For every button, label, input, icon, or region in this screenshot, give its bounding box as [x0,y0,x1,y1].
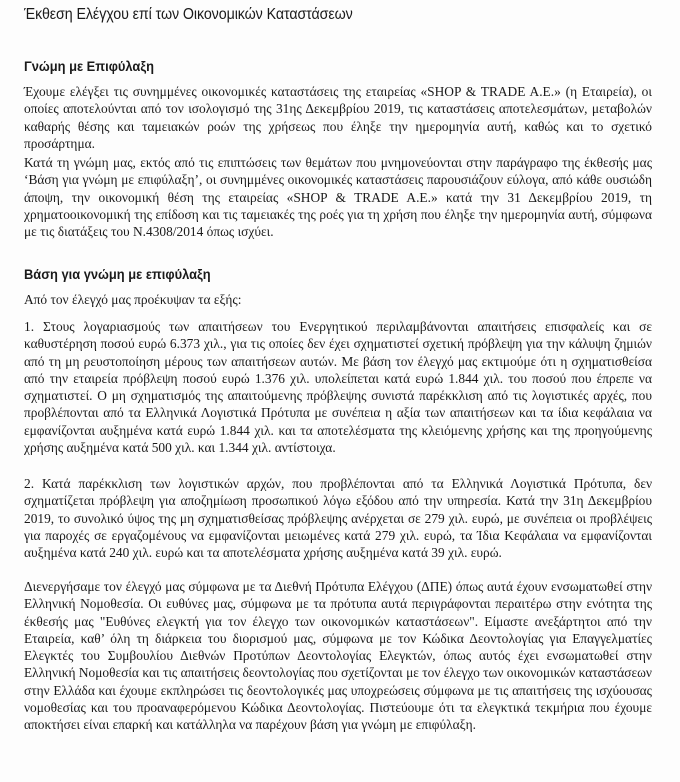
paragraph-finding-2: 2. Κατά παρέκκλιση των λογιστικών αρχών,… [24,475,652,561]
paragraph-finding-1: 1. Στους λογαριασμούς των απαιτήσεων του… [24,318,652,456]
paragraph-opinion-scope: Έχουμε ελέγξει τις συνημμένες οικονομικέ… [24,83,652,152]
document-page: Έκθεση Ελέγχου επί των Οικονομικών Κατασ… [0,0,680,782]
section-heading-basis-for-qualified-opinion: Βάση για γνώμη με επιφύλαξη [24,266,211,282]
paragraph-audit-standards: Διενεργήσαμε τον έλεγχό μας σύμφωνα με τ… [24,578,652,734]
paragraph-basis-intro: Από τον έλεγχό μας προέκυψαν τα εξής: [24,291,652,308]
section-heading-qualified-opinion: Γνώμη με Επιφύλαξη [24,58,154,74]
document-title: Έκθεση Ελέγχου επί των Οικονομικών Κατασ… [24,6,353,24]
paragraph-opinion-statement: Κατά τη γνώμη μας, εκτός από τις επιπτώσ… [24,154,652,240]
